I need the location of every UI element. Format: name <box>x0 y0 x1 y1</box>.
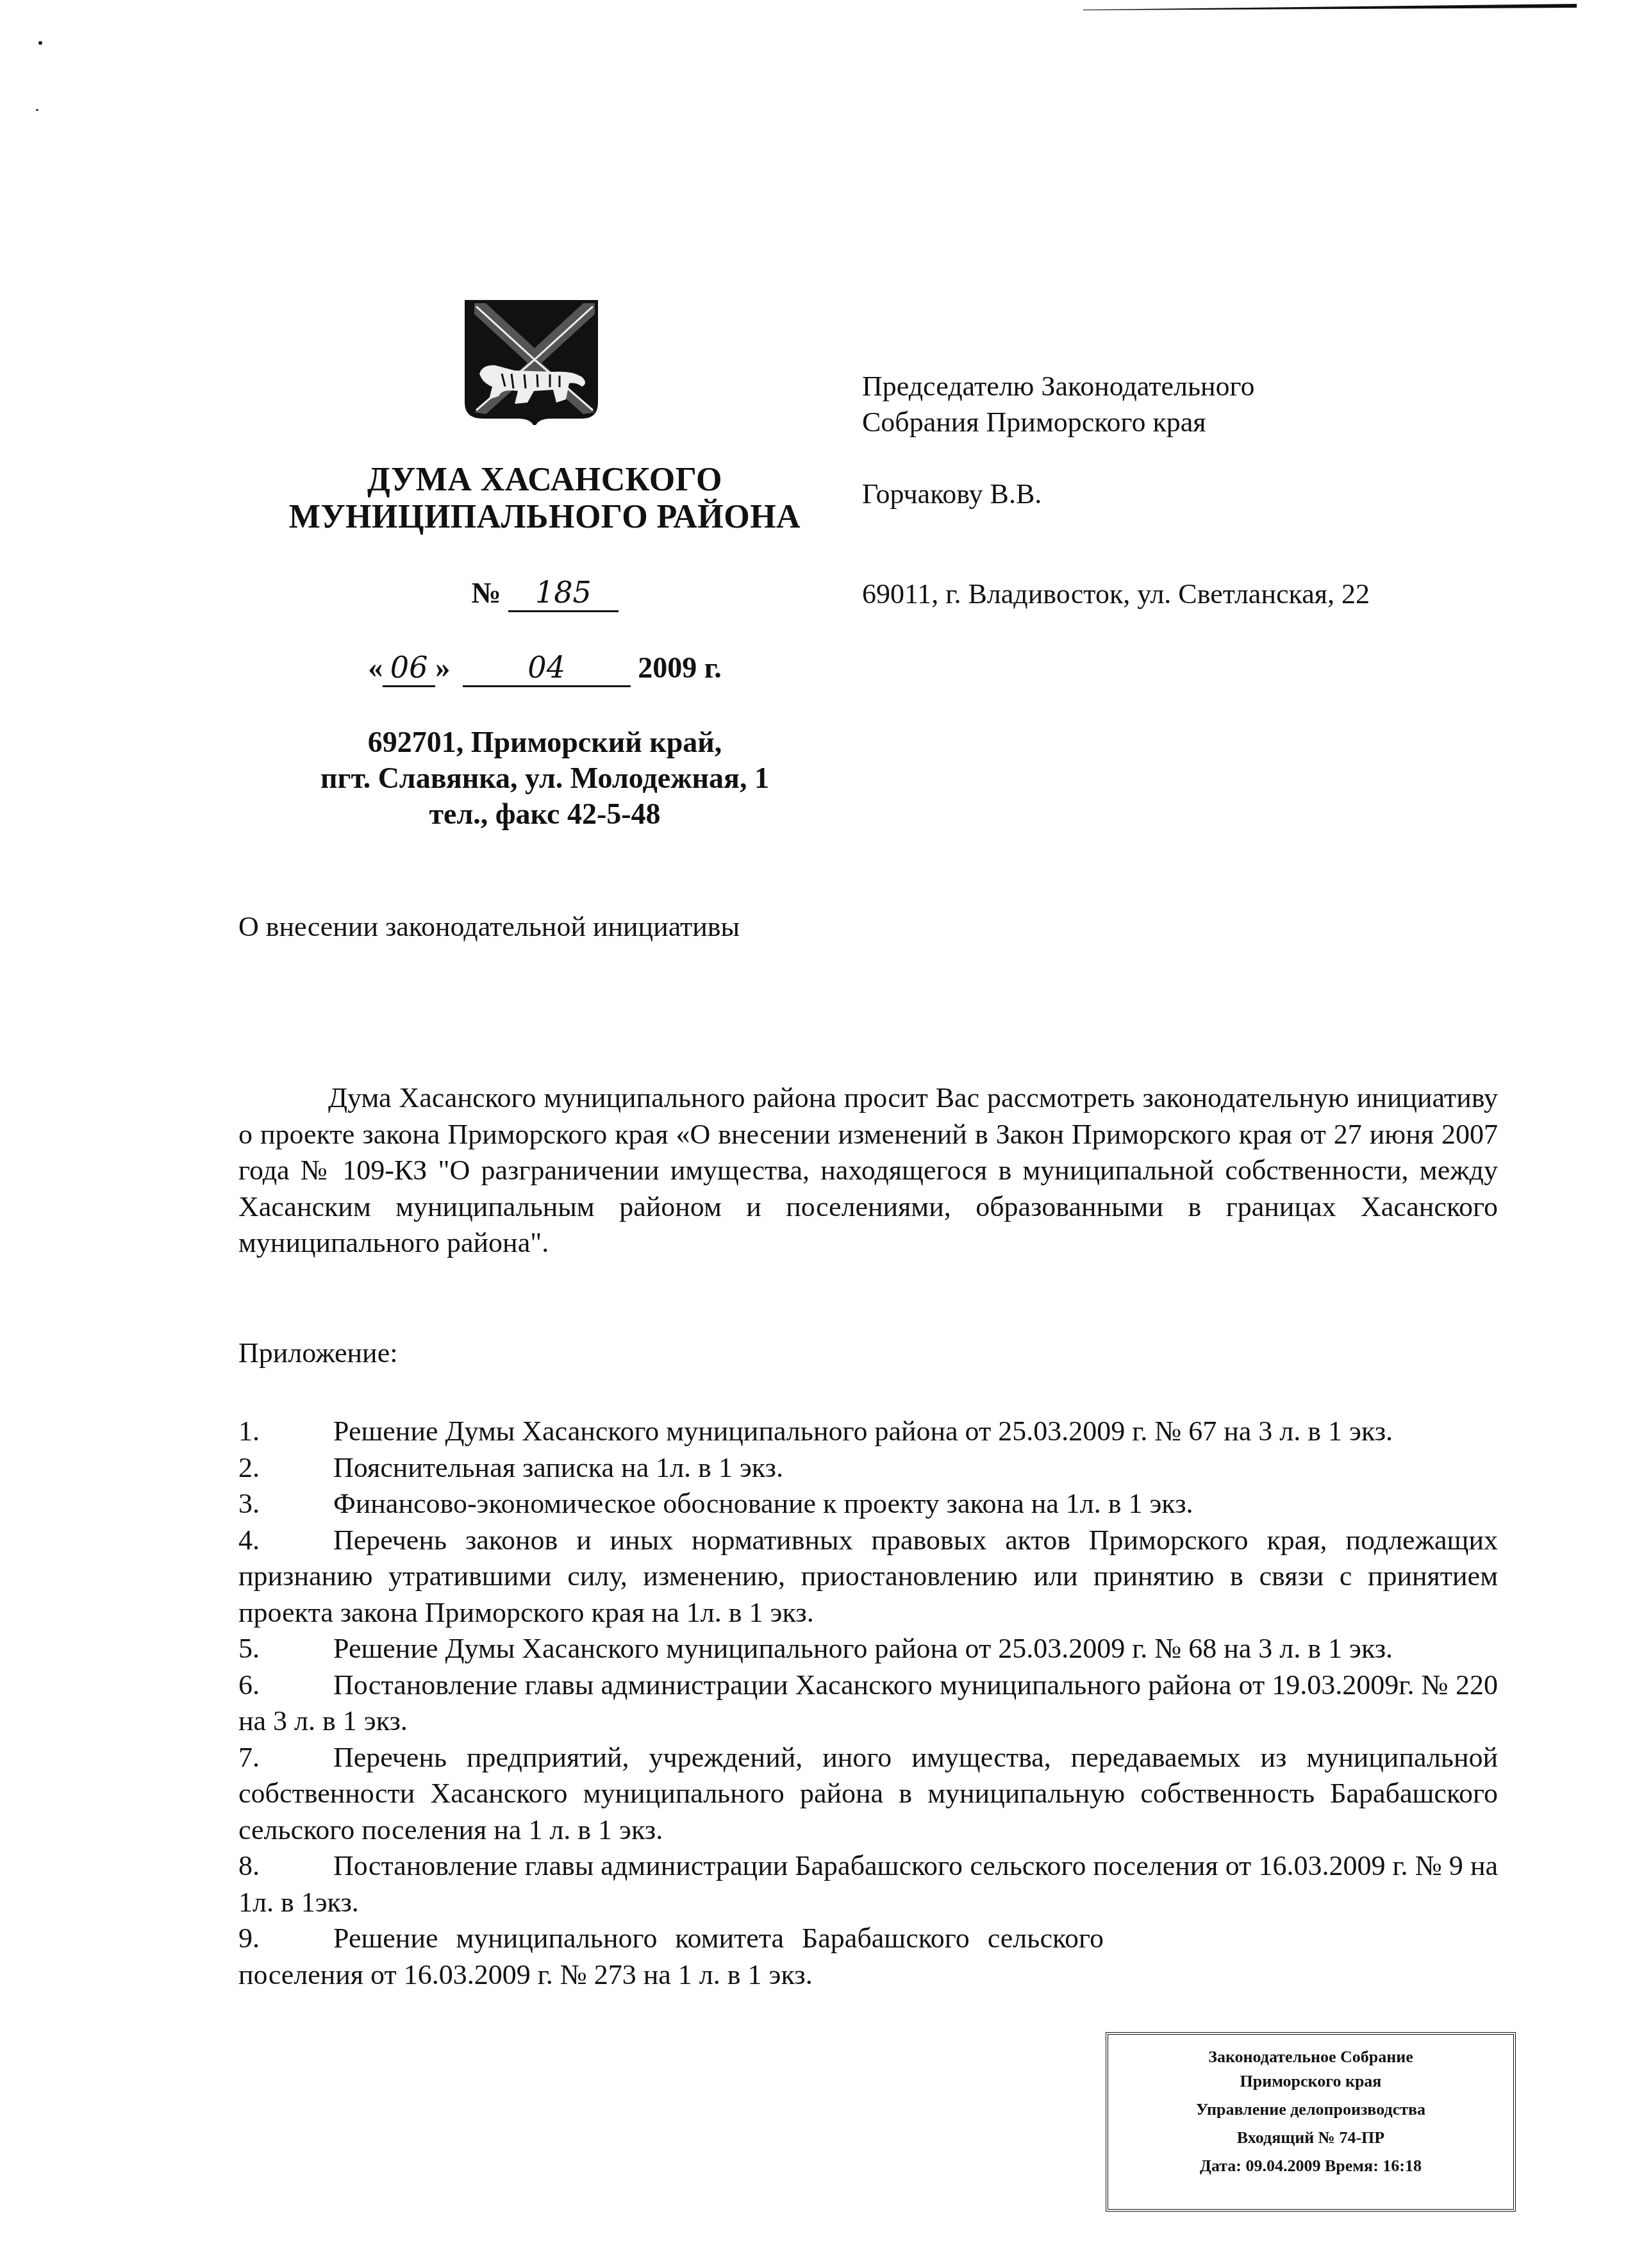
sender-address-line1: 692701, Приморский край, <box>231 724 859 760</box>
sender-phone-fax: тел., факс 42-5-48 <box>231 796 859 832</box>
recipient-address: 69011, г. Владивосток, ул. Светланская, … <box>862 576 1370 612</box>
letter-page: ДУМА ХАСАНСКОГО МУНИЦИПАЛЬНОГО РАЙОНА № … <box>0 0 1628 2268</box>
handwritten-day: 06 <box>383 649 435 687</box>
attachment-item: 8.Постановление главы администрации Бара… <box>238 1848 1498 1921</box>
scan-speck <box>36 109 38 111</box>
recipient-line2: Собрания Приморского края <box>862 404 1370 440</box>
stamp-datetime: Дата: 09.04.2009 Время: 16:18 <box>1108 2154 1513 2178</box>
attachment-item: 9.Решение муниципального комитета Бараба… <box>238 1921 1104 1993</box>
date-close-quote: » <box>435 651 450 684</box>
stamp-incoming-number: Входящий № 74-ПР <box>1108 2126 1513 2150</box>
handwritten-month: 04 <box>463 649 631 687</box>
attachments-title: Приложение: <box>238 1337 397 1369</box>
attachment-item: 2.Пояснительная записка на 1л. в 1 экз. <box>238 1450 1498 1487</box>
date-year: 2009 г. <box>638 651 722 684</box>
attachment-item: 4.Перечень законов и иных нормативных пр… <box>238 1522 1498 1631</box>
letter-subject: О внесении законодательной инициативы <box>238 910 740 943</box>
outgoing-number: № 185 <box>231 574 859 612</box>
sender-address: 692701, Приморский край, пгт. Славянка, … <box>231 724 859 832</box>
attachments-list: 1.Решение Думы Хасанского муниципального… <box>238 1413 1498 1993</box>
scan-edge-line <box>1083 4 1577 10</box>
attachment-item: 1.Решение Думы Хасанского муниципального… <box>238 1413 1498 1450</box>
sender-org-line1: ДУМА ХАСАНСКОГО <box>231 462 859 499</box>
recipient-block: Председателю Законодательного Собрания П… <box>862 369 1370 612</box>
scan-speck <box>38 41 42 45</box>
handwritten-number: 185 <box>508 574 619 612</box>
registration-stamp: Законодательное Собрание Приморского кра… <box>1106 2032 1516 2212</box>
date-open-quote: « <box>368 651 383 684</box>
sender-address-line2: пгт. Славянка, ул. Молодежная, 1 <box>231 760 859 796</box>
attachment-item: 7.Перечень предприятий, учреждений, иног… <box>238 1740 1498 1849</box>
stamp-line1: Законодательное Собрание <box>1108 2045 1513 2069</box>
attachment-item: 5.Решение Думы Хасанского муниципального… <box>238 1631 1498 1667</box>
attachment-item: 3.Финансово-экономическое обоснование к … <box>238 1486 1498 1522</box>
coat-of-arms-tiger-icon <box>463 268 606 425</box>
stamp-line2: Приморского края <box>1108 2069 1513 2094</box>
letter-body: Дума Хасанского муниципального района пр… <box>238 1080 1498 1262</box>
number-label: № <box>471 576 501 609</box>
recipient-line1: Председателю Законодательного <box>862 369 1370 404</box>
outgoing-date: «06» 04 2009 г. <box>231 649 859 687</box>
stamp-line3: Управление делопроизводства <box>1108 2097 1513 2122</box>
recipient-name: Горчакову В.В. <box>862 476 1370 512</box>
sender-org-line2: МУНИЦИПАЛЬНОГО РАЙОНА <box>231 499 859 536</box>
sender-header: ДУМА ХАСАНСКОГО МУНИЦИПАЛЬНОГО РАЙОНА № … <box>231 462 859 832</box>
attachment-item: 6.Постановление главы администрации Хаса… <box>238 1667 1498 1740</box>
